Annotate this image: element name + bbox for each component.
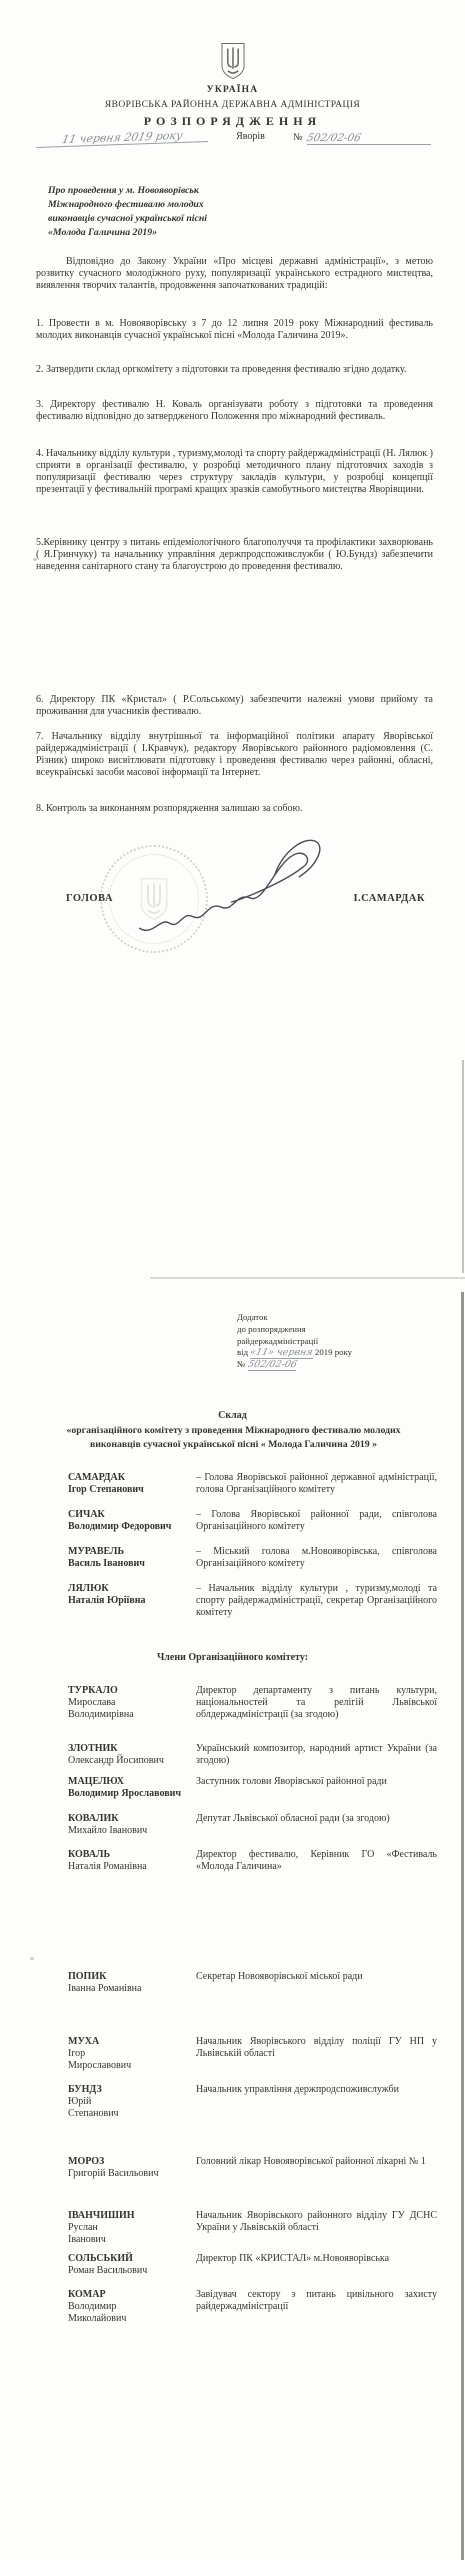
roster-row-koval: КОВАЛЬНаталія Романівна Директор фестива…: [68, 1849, 437, 1873]
scan-edge-line: [462, 1060, 464, 1273]
country-name: УКРАЇНА: [0, 84, 465, 96]
member-role: – Начальник відділу культури , туризму,м…: [196, 1583, 437, 1619]
number-label: №: [293, 132, 303, 145]
appendix-reference-number: № 502/02-06: [237, 1359, 352, 1371]
document-place: Яворів: [208, 131, 293, 145]
scan-speck: [33, 558, 37, 561]
member-given-name: Василь Іванович: [68, 1558, 196, 1570]
member-role: – Міський голова м.Новояворівська, співг…: [196, 1546, 437, 1570]
member-role: Заступник голови Яворівської районної ра…: [196, 1776, 437, 1800]
member-given-name: Юрій Степанович: [68, 2096, 196, 2120]
order-item-1: 1. Провести в м. Новояворівську з 7 до 1…: [36, 318, 433, 342]
order-item-2: 2. Затвердити склад оргкомітету з підгот…: [36, 364, 433, 376]
member-role: Головний лікар Новояворівської районної …: [196, 2156, 437, 2180]
member-surname: ЗЛОТНИК: [68, 1743, 196, 1755]
member-surname: МУХА: [68, 2036, 196, 2048]
page-break-line: [150, 1277, 465, 1279]
ukraine-trident-icon: [0, 42, 465, 84]
roster-row-moroz: МОРОЗГригорій Васильович Головний лікар …: [68, 2156, 437, 2180]
member-given-name: Ігор Мирославович: [68, 2048, 196, 2072]
member-role: – Голова Яворівської районної ради, спів…: [196, 1509, 437, 1533]
roster-row-samardak: САМАРДАКІгор Степанович – Голова Яворівс…: [68, 1472, 437, 1496]
member-given-name: Мирослава Володимирівна: [68, 1697, 196, 1721]
document-subject: Про проведення у м. Новояворівськ Міжнар…: [48, 184, 273, 240]
scan-edge-line: [461, 1292, 464, 2560]
member-given-name: Руслан Іванович: [68, 2222, 196, 2246]
member-role: Начальник Яворівського відділу поліції Г…: [196, 2036, 437, 2072]
appendix-title: Склад: [0, 1410, 465, 1422]
roster-row-solskyi: СОЛЬСЬКИЙРоман Васильович Директор ПК «К…: [68, 2253, 437, 2277]
member-surname: ЛЯЛЮК: [68, 1583, 196, 1595]
roster-row-kovalyk: КОВАЛИКМихайло Іванович Депутат Львівськ…: [68, 1813, 437, 1837]
member-surname: СИЧАК: [68, 1509, 196, 1521]
signature-scribble: [123, 825, 344, 958]
order-item-3: 3. Директору фестивалю Н. Коваль організ…: [36, 399, 433, 423]
member-role: – Голова Яворівської районної державної …: [196, 1472, 437, 1496]
member-role: Директор фестивалю, Керівник ГО «Фестива…: [196, 1849, 437, 1873]
order-item-7: 7. Начальнику відділу внутрішньої та інф…: [36, 731, 433, 779]
member-given-name: Наталія Романівна: [68, 1861, 196, 1873]
order-item-6: 6. Директору ПК «Кристал» ( Р.Сольському…: [36, 694, 433, 718]
handwritten-number: 502/02-06: [307, 132, 431, 145]
member-surname: БУНДЗ: [68, 2084, 196, 2096]
handwritten-appendix-number: 502/02-06: [248, 1359, 297, 1371]
member-role: Директор департаменту з питань культури,…: [196, 1685, 437, 1721]
roster-row-bundz: БУНДЗЮрій Степанович Начальник управлінн…: [68, 2084, 437, 2120]
member-surname: ТУРКАЛО: [68, 1685, 196, 1697]
member-given-name: Володимир Федорович: [68, 1521, 196, 1533]
signature-title: ГОЛОВА: [66, 893, 113, 905]
member-role: Український композитор, народний артист …: [196, 1743, 437, 1767]
roster-row-muravel: МУРАВЕЛЬВасиль Іванович – Міський голова…: [68, 1546, 437, 1570]
date-place-number-row: 11 червня 2019 року Яворів № 502/02-06: [36, 131, 431, 145]
order-item-5: 5.Керівнику центру з питань епідеміологі…: [36, 537, 433, 573]
roster-row-lialiuk: ЛЯЛЮКНаталія Юріївна – Начальник відділу…: [68, 1583, 437, 1619]
authority-name: ЯВОРІВСЬКА РАЙОННА ДЕРЖАВНА АДМІНІСТРАЦІ…: [0, 99, 465, 111]
roster-row-turkalo: ТУРКАЛОМирослава Володимирівна Директор …: [68, 1685, 437, 1721]
preamble: Відповідно до Закону України «Про місцев…: [36, 256, 433, 292]
member-surname: САМАРДАК: [68, 1472, 196, 1484]
member-surname: МОРОЗ: [68, 2156, 196, 2168]
roster-row-komar: КОМАРВолодимир Миколайович Завідувач сек…: [68, 2289, 437, 2325]
member-role: Директор ПК «КРИСТАЛ» м.Новояворівська: [196, 2253, 437, 2277]
member-role: Завідувач сектору з питань цивільного за…: [196, 2289, 437, 2325]
roster-row-popyk: ПОПИКІванна Романівна Секретар Новояворі…: [68, 1971, 437, 1995]
member-given-name: Михайло Іванович: [68, 1825, 196, 1837]
members-heading: Члени Організаційного комітету:: [0, 1652, 465, 1664]
document-number: № 502/02-06: [293, 132, 431, 145]
member-surname: СОЛЬСЬКИЙ: [68, 2253, 196, 2265]
appendix-reference-lines: Додаток до розпорядження райдержадмініст…: [237, 1312, 352, 1347]
scanned-document-page: УКРАЇНА ЯВОРІВСЬКА РАЙОННА ДЕРЖАВНА АДМІ…: [0, 0, 465, 2560]
member-surname: МАЦЕЛЮХ: [68, 1776, 196, 1788]
member-given-name: Григорій Васильович: [68, 2168, 196, 2180]
member-role: Начальник Яворівського районного відділу…: [196, 2210, 437, 2246]
order-item-4: 4. Начальнику відділу культури , туризму…: [36, 448, 433, 496]
appendix-reference-date: від «11» червня 2019 року: [237, 1347, 352, 1359]
member-role: Секретар Новояворівської міської ради: [196, 1971, 437, 1995]
member-surname: МУРАВЕЛЬ: [68, 1546, 196, 1558]
member-role: Начальник управління держпродспоживслужб…: [196, 2084, 437, 2120]
member-surname: КОВАЛЬ: [68, 1849, 196, 1861]
roster-row-zlotnyk: ЗЛОТНИКОлександр Йосипович Український к…: [68, 1743, 437, 1767]
scan-speck: [30, 1957, 34, 1960]
member-given-name: Іванна Романівна: [68, 1983, 196, 1995]
order-item-8: 8. Контроль за виконанням розпорядження …: [36, 803, 433, 815]
member-given-name: Володимир Ярославович: [68, 1788, 196, 1800]
roster-row-mukha: МУХАІгор Мирославович Начальник Яворівсь…: [68, 2036, 437, 2072]
member-role: Депутат Львівської обласної ради (за зго…: [196, 1813, 437, 1837]
member-given-name: Володимир Миколайович: [68, 2301, 196, 2325]
roster-row-matseliukh: МАЦЕЛЮХВолодимир Ярославович Заступник г…: [68, 1776, 437, 1800]
appendix-subtitle: «організаційного комітету з проведення М…: [20, 1424, 447, 1452]
member-given-name: Олександр Йосипович: [68, 1755, 196, 1767]
roster-row-ivanchyshyn: ІВАНЧИШИНРуслан Іванович Начальник Яворі…: [68, 2210, 437, 2246]
signature-name: І.САМАРДАК: [353, 893, 425, 905]
handwritten-appendix-date: «11» червня: [250, 1347, 312, 1359]
document-type-title: РОЗПОРЯДЖЕННЯ: [0, 115, 465, 127]
handwritten-date: 11 червня 2019 року: [36, 129, 208, 148]
member-surname: КОВАЛИК: [68, 1813, 196, 1825]
member-surname: ІВАНЧИШИН: [68, 2210, 196, 2222]
member-surname: КОМАР: [68, 2289, 196, 2301]
roster-row-sychak: СИЧАКВолодимир Федорович – Голова Яворів…: [68, 1509, 437, 1533]
member-given-name: Роман Васильович: [68, 2265, 196, 2277]
member-surname: ПОПИК: [68, 1971, 196, 1983]
member-given-name: Ігор Степанович: [68, 1484, 196, 1496]
appendix-reference: Додаток до розпорядження райдержадмініст…: [237, 1312, 352, 1371]
member-given-name: Наталія Юріївна: [68, 1595, 196, 1607]
